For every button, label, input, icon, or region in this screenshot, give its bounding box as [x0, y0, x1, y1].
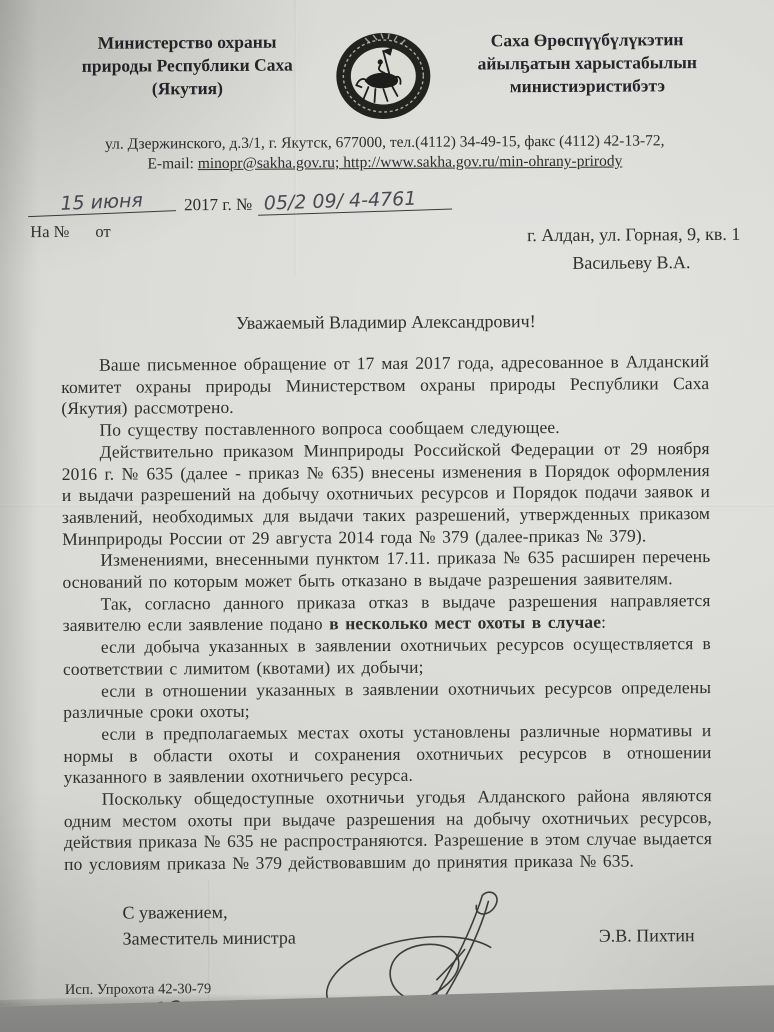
ministry-name-russian: Министерство охраны природы Республики С… — [59, 30, 315, 101]
email-and-site: minopr@sakha.gov.ru; http://www.sakha.go… — [198, 153, 623, 173]
sakha-horse-rider-emblem-icon — [331, 28, 436, 125]
signer-row: Заместитель министра Э.В. Пихтин — [123, 922, 713, 952]
recipient-name: Васильеву В.А. — [527, 248, 690, 277]
body-paragraph: Ваше письменное обращение от 17 мая 2017… — [61, 351, 709, 420]
body-paragraph: если в отношении указанных в заявлении о… — [63, 677, 711, 724]
recipient-block: г. Алдан, ул. Горная, 9, кв. 1 Васильеву… — [527, 220, 741, 277]
org-sakha-line1: Саха Өрөспүүбүлүкэтин — [451, 28, 723, 53]
letter-body: Ваше письменное обращение от 17 мая 2017… — [0, 351, 774, 877]
paper-crease-vertical-top — [294, 0, 297, 275]
paragraph-text: : — [601, 612, 606, 632]
ot-label: от — [95, 222, 110, 241]
salutation: Уважаемый Владимир Александрович! — [0, 310, 773, 336]
body-paragraph: Действительно приказом Минприроды Россий… — [62, 438, 711, 550]
handwritten-outgoing-number: 05/2 09/ 4-4761 — [257, 187, 452, 216]
ministry-address: ул. Дзержинского, д.3/1, г. Якутск, 6770… — [0, 132, 772, 155]
body-paragraph: Изменениями, внесенными пунктом 17.11. п… — [62, 546, 710, 593]
body-paragraph: если добыча указанных в заявлении охотни… — [63, 633, 711, 680]
incoming-reference-labels: На №от — [30, 222, 110, 242]
printed-year-number-label: 2017 г. № — [184, 195, 252, 214]
bold-phrase: в несколько мест охоты в случае — [329, 612, 601, 634]
letterhead: Министерство охраны природы Республики С… — [0, 0, 772, 126]
letter-paper: Министерство охраны природы Республики С… — [0, 0, 774, 1032]
org-ru-line2: природы Республики Саха — [59, 53, 315, 78]
outgoing-reference-line: 15 июня2017 г. №05/2 09/ 4-4761 — [28, 192, 452, 218]
handwritten-date: 15 июня — [27, 188, 176, 217]
email-label: E-mail: — [147, 155, 194, 172]
ministry-name-sakha: Саха Өрөспүүбүлүкэтин айылҕатын харыстаб… — [451, 28, 723, 99]
body-paragraph-with-bold: Так, согласно данного приказа отказ в вы… — [62, 590, 710, 637]
paper-crease-horizontal — [0, 504, 774, 507]
org-sakha-line2: айылҕатын харыстабылын — [451, 51, 723, 76]
letter-content: Министерство охраны природы Республики С… — [0, 0, 774, 1027]
reference-block: 15 июня2017 г. №05/2 09/ 4-4761 На №от г… — [0, 184, 773, 301]
signer-name: Э.В. Пихтин — [599, 922, 695, 949]
body-paragraph: если в предполагаемых местах охоты устан… — [63, 720, 711, 789]
signature-block: С уважением, Заместитель министра Э.В. П… — [2, 896, 774, 953]
body-paragraph: Поскольку общедоступные охотничьи угодья… — [64, 785, 713, 876]
org-ru-line1: Министерство охраны — [59, 30, 315, 55]
recipient-address: г. Алдан, ул. Горная, 9, кв. 1 — [527, 220, 740, 249]
ministry-email-line: E-mail: minopr@sakha.gov.ru; http://www.… — [0, 152, 772, 175]
na-number-label: На № — [30, 222, 69, 241]
org-sakha-line3: министиэристибэтэ — [451, 74, 723, 99]
org-ru-line3: (Якутия) — [59, 76, 315, 101]
scanned-letter-photo: Министерство охраны природы Республики С… — [0, 0, 774, 1032]
